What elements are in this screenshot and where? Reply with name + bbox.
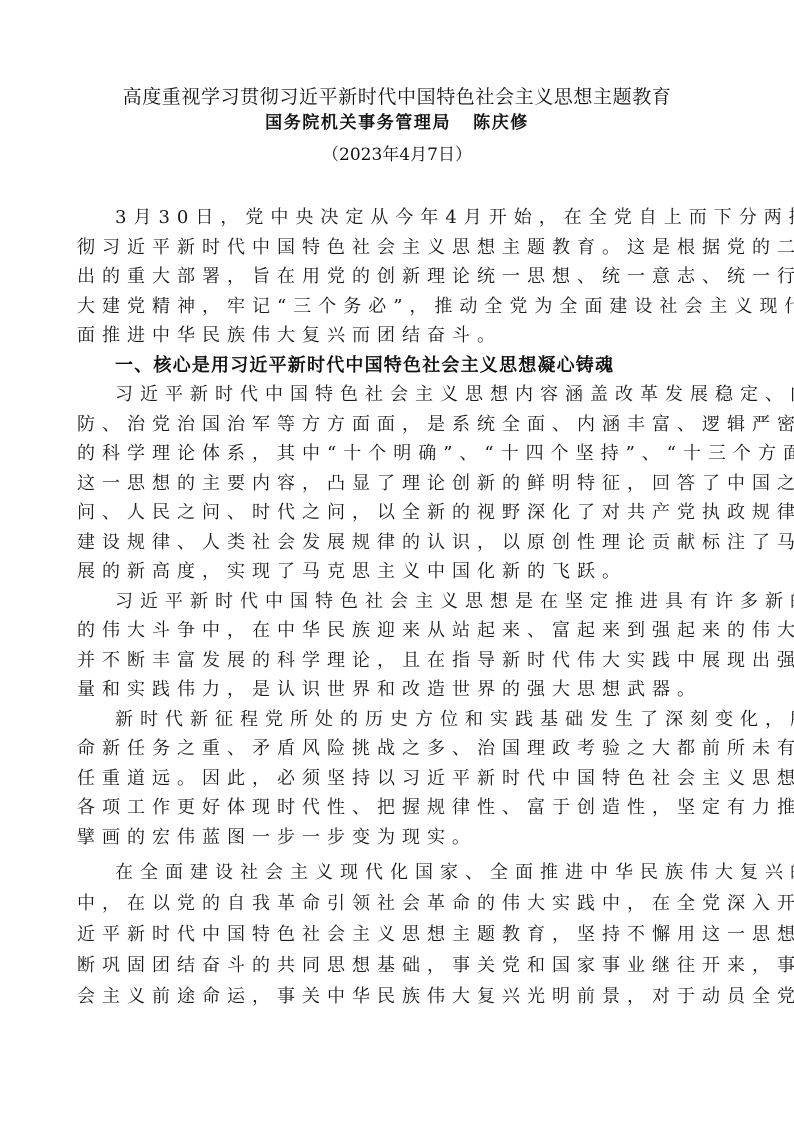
text-line: 近平新时代中国特色社会主义思想主题教育，坚持不懈用这一思想凝心铸魂， 不 [77, 919, 717, 950]
text-line: 擘画的宏伟蓝图一步一步变为现实。 [77, 823, 717, 853]
text-line: 习近平新时代中国特色社会主义思想内容涵盖改革发展稳定、内政外交国 [77, 380, 717, 410]
text-line: 这一思想的主要内容，凸显了理论创新的鲜明特征，回答了中国之问、世界之 [77, 469, 717, 499]
text-line: 中，在以党的自我革命引领社会革命的伟大实践中，在全党深入开展学习贯彻 习 [77, 888, 717, 919]
text-line: 各项工作更好体现时代性、把握规律性、富于创造性，坚定有力推动党的 二十大 [77, 793, 717, 823]
document-page: 高度重视学习贯彻习近平新时代中国特色社会主义思想主题教育 国务院机关事务管理局陈… [0, 0, 794, 1123]
text-line: 断巩固团结奋斗的共同思想基础，事关党和国家事业继往开来，事关中国特 色社 [77, 950, 717, 981]
text-line: 量和实践伟力，是认识世界和改造世界的强大思想武器。 [77, 675, 717, 705]
text-line: 并不断丰富发展的科学理论，且在指导新时代伟大实践中展现出强大的真理力 [77, 646, 717, 676]
paragraph-2: 习近平新时代中国特色社会主义思想内容涵盖改革发展稳定、内政外交国 防、治党治国治… [77, 380, 717, 587]
document-title: 高度重视学习贯彻习近平新时代中国特色社会主义思想主题教育 [0, 84, 794, 110]
paragraph-4: 新时代新征程党所处的历史方位和实践基础发生了深刻变化，所面临的新 使 命新任务之… [77, 705, 717, 853]
paragraph-intro: 3月30日，党中央决定从今年4月开始，在全党自上而下分两批开展学习贯 彻习近平新… [77, 203, 717, 351]
text-line: 面推进中华民族伟大复兴而团结奋斗。 [77, 321, 717, 351]
text-line: 防、治党治国治军等方方面面，是系统全面、内涵丰富、逻辑严密、不断发展 [77, 410, 717, 440]
text-line: 的科学理论体系，其中“十个明确”、“十四个坚持”、“十三个方面成就”概括了 [77, 439, 717, 469]
text-line: 3月30日，党中央决定从今年4月开始，在全党自上而下分两批开展学习贯 [77, 203, 717, 233]
author-organization: 国务院机关事务管理局 [265, 113, 451, 133]
text-line: 新时代新征程党所处的历史方位和实践基础发生了深刻变化，所面临的新 使 [77, 705, 717, 735]
text-line: 彻习近平新时代中国特色社会主义思想主题教育。这是根据党的二十大精神作 [77, 233, 717, 263]
text-line: 出的重大部署，旨在用党的创新理论统一思想、统一意志、统一行动，弘扬伟 [77, 262, 717, 292]
text-line: 任重道远。因此，必须坚持以习近平新时代中国特色社会主义思想为指导， 确保 [77, 764, 717, 794]
text-line: 展的新高度，实现了马克思主义中国化新的飞跃。 [77, 557, 717, 587]
text-line: 问、人民之问、时代之问，以全新的视野深化了对共产党执政规律、社会主义 [77, 498, 717, 528]
text-line: 的伟大斗争中，在中华民族迎来从站起来、富起来到强起来的伟大飞跃中形成 [77, 616, 717, 646]
document-body: 3月30日，党中央决定从今年4月开始，在全党自上而下分两批开展学习贯 彻习近平新… [77, 203, 717, 1012]
text-line: 习近平新时代中国特色社会主义思想是在坚定推进具有许多新的历史特点 [77, 587, 717, 617]
paragraph-3: 习近平新时代中国特色社会主义思想是在坚定推进具有许多新的历史特点 的伟大斗争中，… [77, 587, 717, 705]
document-date: （2023年4月7日） [0, 143, 794, 167]
section-heading: 一、核心是用习近平新时代中国特色社会主义思想凝心铸魂 [77, 351, 717, 381]
text-line: 大建党精神，牢记“三个务必”，推动全党为全面建设社会主义现代化国家、全 [77, 292, 717, 322]
text-line: 会主义前途命运，事关中华民族伟大复兴光明前景，对于动员全党更加紧 [77, 981, 717, 1012]
paragraph-5: 在全面建设社会主义现代化国家、全面推进中华民族伟大复兴的历史进程 中，在以党的自… [77, 857, 717, 1012]
author-line: 国务院机关事务管理局陈庆修 [0, 111, 794, 135]
text-line: 在全面建设社会主义现代化国家、全面推进中华民族伟大复兴的历史进程 [77, 857, 717, 888]
text-line: 命新任务之重、矛盾风险挑战之多、治国理政考验之大都前所未有，前途光 明而 [77, 734, 717, 764]
author-name: 陈庆修 [473, 113, 529, 133]
section-heading-1: 一、核心是用习近平新时代中国特色社会主义思想凝心铸魂 [77, 351, 717, 381]
text-line: 建设规律、人类社会发展规律的认识，以原创性理论贡献标注了马克思主义发 [77, 528, 717, 558]
